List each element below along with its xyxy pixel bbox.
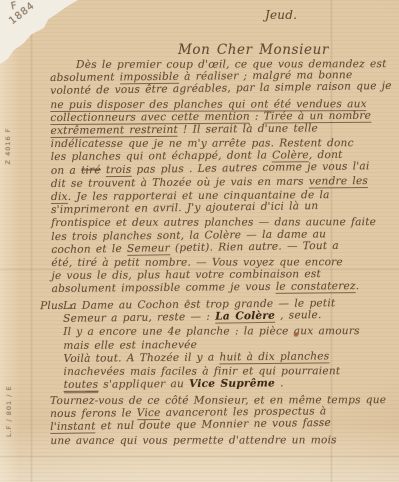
text-segment: une avance qui vous permette d'attendre … xyxy=(50,434,337,447)
text-segment: Vice Suprême xyxy=(189,377,275,390)
vertical-fold-crease xyxy=(30,0,33,482)
text-segment: le constaterez xyxy=(276,281,356,295)
text-segment: indélicatesse que je ne m'y arrête pas. … xyxy=(51,137,354,150)
letter-line: inachevées mais faciles à finir et qui p… xyxy=(63,365,394,379)
salutation: Mon Cher Monsieur xyxy=(178,42,329,58)
paragraph: Tournez-vous de ce côté Monsieur, et en … xyxy=(50,393,394,448)
paragraph: Plus :La Dame au Cochon est trop grande … xyxy=(50,297,395,392)
text-segment: s'imprimeront en avril. J'y ajouterai d'… xyxy=(51,200,318,216)
text-segment: (petit). Rien autre. — Tout a xyxy=(170,240,339,255)
bottom-edge-crease xyxy=(0,455,399,458)
letter-line: indélicatesse que je ne m'y arrête pas. … xyxy=(51,137,395,151)
text-segment: cochon et le xyxy=(51,243,127,256)
text-segment: s'appliquer au xyxy=(98,378,189,391)
letter-line: absolument impossible comme je vous le c… xyxy=(52,280,396,297)
text-segment: Voilà tout. A Thozée il y a xyxy=(63,351,219,364)
text-segment: La Colère xyxy=(215,310,275,324)
letter-line: une avance qui vous permette d'attendre … xyxy=(50,434,394,448)
text-segment: absolument impossible comme je vous xyxy=(52,281,276,295)
text-segment: tiré xyxy=(81,164,101,176)
text-segment: dit se trouvent à Thozée où je vais en m… xyxy=(51,175,309,189)
letter-line: extrêmement restreint ! Il serait là d'u… xyxy=(50,122,394,139)
text-segment: vendre les xyxy=(309,175,368,189)
text-segment: ne puis disposer des planches qui ont ét… xyxy=(50,98,367,112)
pencil-bottom-inventory-note: L.F / 801 / E xyxy=(5,387,13,437)
text-segment: été, tiré à petit nombre. — Vous voyez q… xyxy=(51,256,342,269)
text-segment: ! Il serait là d'une telle xyxy=(178,122,318,135)
text-segment: : xyxy=(250,110,264,122)
scanned-letter-page: F 1884 Z 4016 F L.F / 801 / E Jeud. Mon … xyxy=(0,0,399,482)
letter-line: Il y a encore une 4e planche : la pièce … xyxy=(63,325,394,339)
text-segment: l'instant xyxy=(50,421,96,435)
text-segment: nous ferons le xyxy=(50,407,137,420)
text-segment: Semeur xyxy=(127,242,170,256)
text-segment: absolument xyxy=(50,72,120,85)
letter-line: ne puis disposer des planches qui ont ét… xyxy=(50,98,394,112)
text-segment: mais elle est inachevée xyxy=(63,338,197,351)
text-segment: , seule. xyxy=(275,309,322,322)
letter-line: Voilà tout. A Thozée il y a huit à dix p… xyxy=(63,349,394,365)
letter-body: Dès le premier coup d'œil, ce que vous d… xyxy=(50,59,394,451)
letter-paper: F 1884 Z 4016 F L.F / 801 / E Jeud. Mon … xyxy=(0,0,399,482)
date-line: Jeud. xyxy=(265,8,297,22)
pencil-margin-inventory-note: Z 4016 F xyxy=(4,116,12,176)
text-segment: . xyxy=(356,280,360,292)
text-segment: huit à dix planches xyxy=(219,350,329,364)
text-segment: extrêmement restreint xyxy=(50,124,178,138)
text-segment: Il y a encore une 4e planche : la pièce … xyxy=(63,325,360,338)
text-segment: toutes xyxy=(64,379,99,392)
text-segment: trois xyxy=(106,163,132,176)
letter-line: été, tiré à petit nombre. — Vous voyez q… xyxy=(51,256,395,270)
text-segment: et nul doute que Monnier ne vous fasse xyxy=(96,417,332,432)
text-segment: Semeur a paru, reste — : xyxy=(63,311,215,325)
text-segment: . xyxy=(275,377,284,389)
text-segment: on a xyxy=(51,164,81,176)
text-segment: dix xyxy=(51,191,68,204)
text-segment: inachevées mais faciles à finir et qui p… xyxy=(63,365,340,378)
paragraph: Dès le premier coup d'œil, ce que vous d… xyxy=(50,57,396,297)
